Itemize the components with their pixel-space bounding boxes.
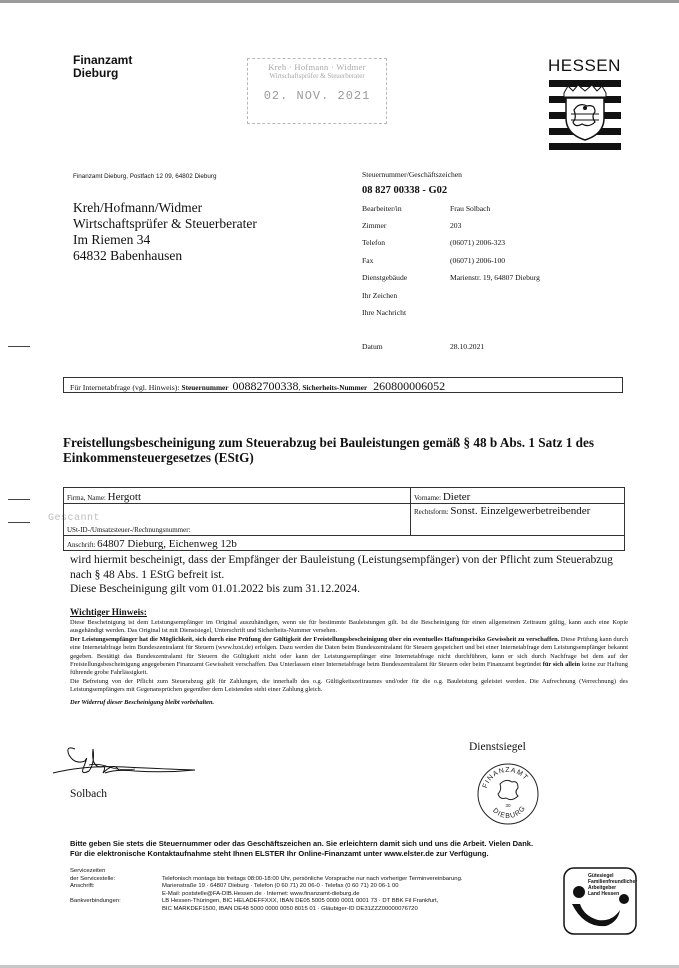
address-value: 64807 Dieburg, Eichenweg 12b: [97, 538, 237, 550]
footer-address-line1: Marienstraße 19 · 64807 Dieburg · Telefo…: [162, 883, 399, 889]
ref-row-your-ref: Ihr Zeichen: [362, 291, 450, 300]
received-stamp: Kreh · Hofmann · Widmer Wirtschaftsprüfe…: [247, 58, 387, 124]
notice-paragraph-1: Diese Bescheinigung ist dem Leistungsemp…: [70, 619, 628, 636]
address-row: Anschrift:Marienstraße 19 · 64807 Diebur…: [70, 883, 462, 898]
notice-paragraph-2: Der Leistungsempfänger hat die Möglichke…: [70, 636, 628, 678]
ref-row-clerk: Bearbeiter/inFrau Solbach: [362, 204, 490, 213]
hessen-wordmark: HESSEN: [548, 56, 621, 76]
ref-row-fax: Fax(06071) 2006-100: [362, 256, 505, 265]
bank-line1: LB Hessen-Thüringen, BIC HELADEFFXXX, IB…: [162, 898, 438, 904]
recipient-address: Kreh/Hofmann/Widmer Wirtschaftsprüfer & …: [73, 200, 257, 264]
svg-text:Land Hessen: Land Hessen: [588, 891, 619, 897]
notice-heading: Wichtiger Hinweis:: [70, 608, 628, 619]
first-name-value: Dieter: [443, 491, 470, 503]
stamp-date: 02. NOV. 2021: [248, 89, 386, 103]
security-number-label: Sicherheits-Nummer: [302, 383, 367, 392]
return-address: Finanzamt Dieburg, Postfach 12 09, 64802…: [73, 173, 217, 180]
internet-query-prefix: Für Internetabfrage (vgl. Hinweis):: [70, 383, 182, 392]
notice-paragraph-3: Die Befreiung von der Pflicht zum Steuer…: [70, 678, 628, 695]
important-notice: Wichtiger Hinweis: Diese Bescheinigung i…: [70, 608, 628, 707]
security-number-value: 260800006052: [373, 379, 445, 393]
fold-mark: [8, 499, 30, 500]
legal-form-cell: Rechtsform: Sonst. Einzelgewerbetreibend…: [411, 504, 625, 536]
firm-name-value: Hergott: [108, 491, 141, 503]
document-title: Freistellungsbescheinigung zum Steuerabz…: [63, 435, 633, 465]
validity-period: Diese Bescheinigung gilt vom 01.01.2022 …: [70, 582, 630, 597]
stamp-profession-line: Wirtschaftsprüfer & Steuerberater: [248, 72, 386, 80]
internet-query-box: Für Internetabfrage (vgl. Hinweis): Steu…: [63, 377, 623, 393]
recipient-line4: 64832 Babenhausen: [73, 248, 257, 264]
signer-name: Solbach: [70, 788, 107, 800]
tax-number-label: Steuernummer: [182, 383, 229, 392]
footer-note-line1: Bitte geben Sie stets die Steuernummer o…: [70, 839, 533, 849]
reference-label: Steuernummer/Geschäftszeichen: [362, 170, 462, 179]
recipient-line1: Kreh/Hofmann/Widmer: [73, 200, 257, 216]
scan-top-edge: [0, 0, 679, 3]
service-hours-row: Servicezeitender Servicestelle:Telefonis…: [70, 868, 462, 883]
footer-note: Bitte geben Sie stets die Steuernummer o…: [70, 839, 533, 859]
tax-number-value: 00882700338: [232, 379, 298, 393]
office-name: Finanzamt Dieburg: [73, 54, 132, 80]
vat-id-cell: USt-ID-/Umsatzsteuer-/Rechnungsnummer:: [64, 504, 411, 536]
stamp-firm-line: Kreh · Hofmann · Widmer: [248, 62, 386, 72]
office-name-line2: Dieburg: [73, 67, 132, 80]
ref-row-building: DienstgebäudeMarienstr. 19, 64807 Diebur…: [362, 273, 540, 282]
address-cell: Anschrift: 64807 Dieburg, Eichenweg 12b: [64, 536, 625, 551]
ref-row-date: Datum28.10.2021: [362, 342, 484, 351]
family-friendly-employer-seal-icon: Gütesiegel Familienfreundlicher Arbeitge…: [562, 866, 638, 936]
svg-text:30: 30: [505, 803, 511, 808]
bank-line2: BIC MARKDEF1500, IBAN DE48 5000 0000 005…: [162, 906, 418, 912]
handwritten-signature-icon: [45, 743, 205, 779]
ref-row-phone: Telefon(06071) 2006-323: [362, 238, 505, 247]
reference-number: 08 827 00338 - G02: [362, 185, 447, 196]
first-name-cell: Vorname: Dieter: [411, 488, 625, 504]
service-info: Servicezeitender Servicestelle:Telefonis…: [70, 868, 462, 914]
fold-mark: [8, 346, 30, 347]
fold-mark: [8, 522, 30, 523]
certification-text: wird hiermit bescheinigt, dass der Empfä…: [70, 553, 630, 597]
recipient-line2: Wirtschaftsprüfer & Steuerberater: [73, 216, 257, 232]
certificate-table: Firma, Name: Hergott Vorname: Dieter USt…: [63, 487, 625, 551]
ref-row-your-message: Ihre Nachricht: [362, 308, 450, 317]
revocation-note: Der Widerruf dieser Bescheinigung bleibt…: [70, 699, 628, 707]
hessen-coat-of-arms-icon: [549, 80, 621, 150]
bank-row: Bankverbindungen:LB Hessen-Thüringen, BI…: [70, 898, 462, 913]
official-seal-lion-icon: FINANZAMT DIEBURG 30: [476, 762, 540, 826]
ref-row-room: Zimmer203: [362, 221, 461, 230]
legal-form-value: Sonst. Einzelgewerbetreibender: [450, 505, 590, 517]
certification-statement: wird hiermit bescheinigt, dass der Empfä…: [70, 553, 630, 582]
footer-contact-line: E-Mail: poststelle@FA-DIB.Hessen.de · In…: [162, 891, 360, 897]
firm-name-cell: Firma, Name: Hergott: [64, 488, 411, 504]
seal-label: Dienstsiegel: [469, 741, 526, 753]
footer-note-line2: Für die elektronische Kontaktaufnahme st…: [70, 849, 533, 859]
recipient-line3: Im Riemen 34: [73, 232, 257, 248]
service-hours-value: Telefonisch montags bis freitags 08:00-1…: [162, 876, 462, 882]
